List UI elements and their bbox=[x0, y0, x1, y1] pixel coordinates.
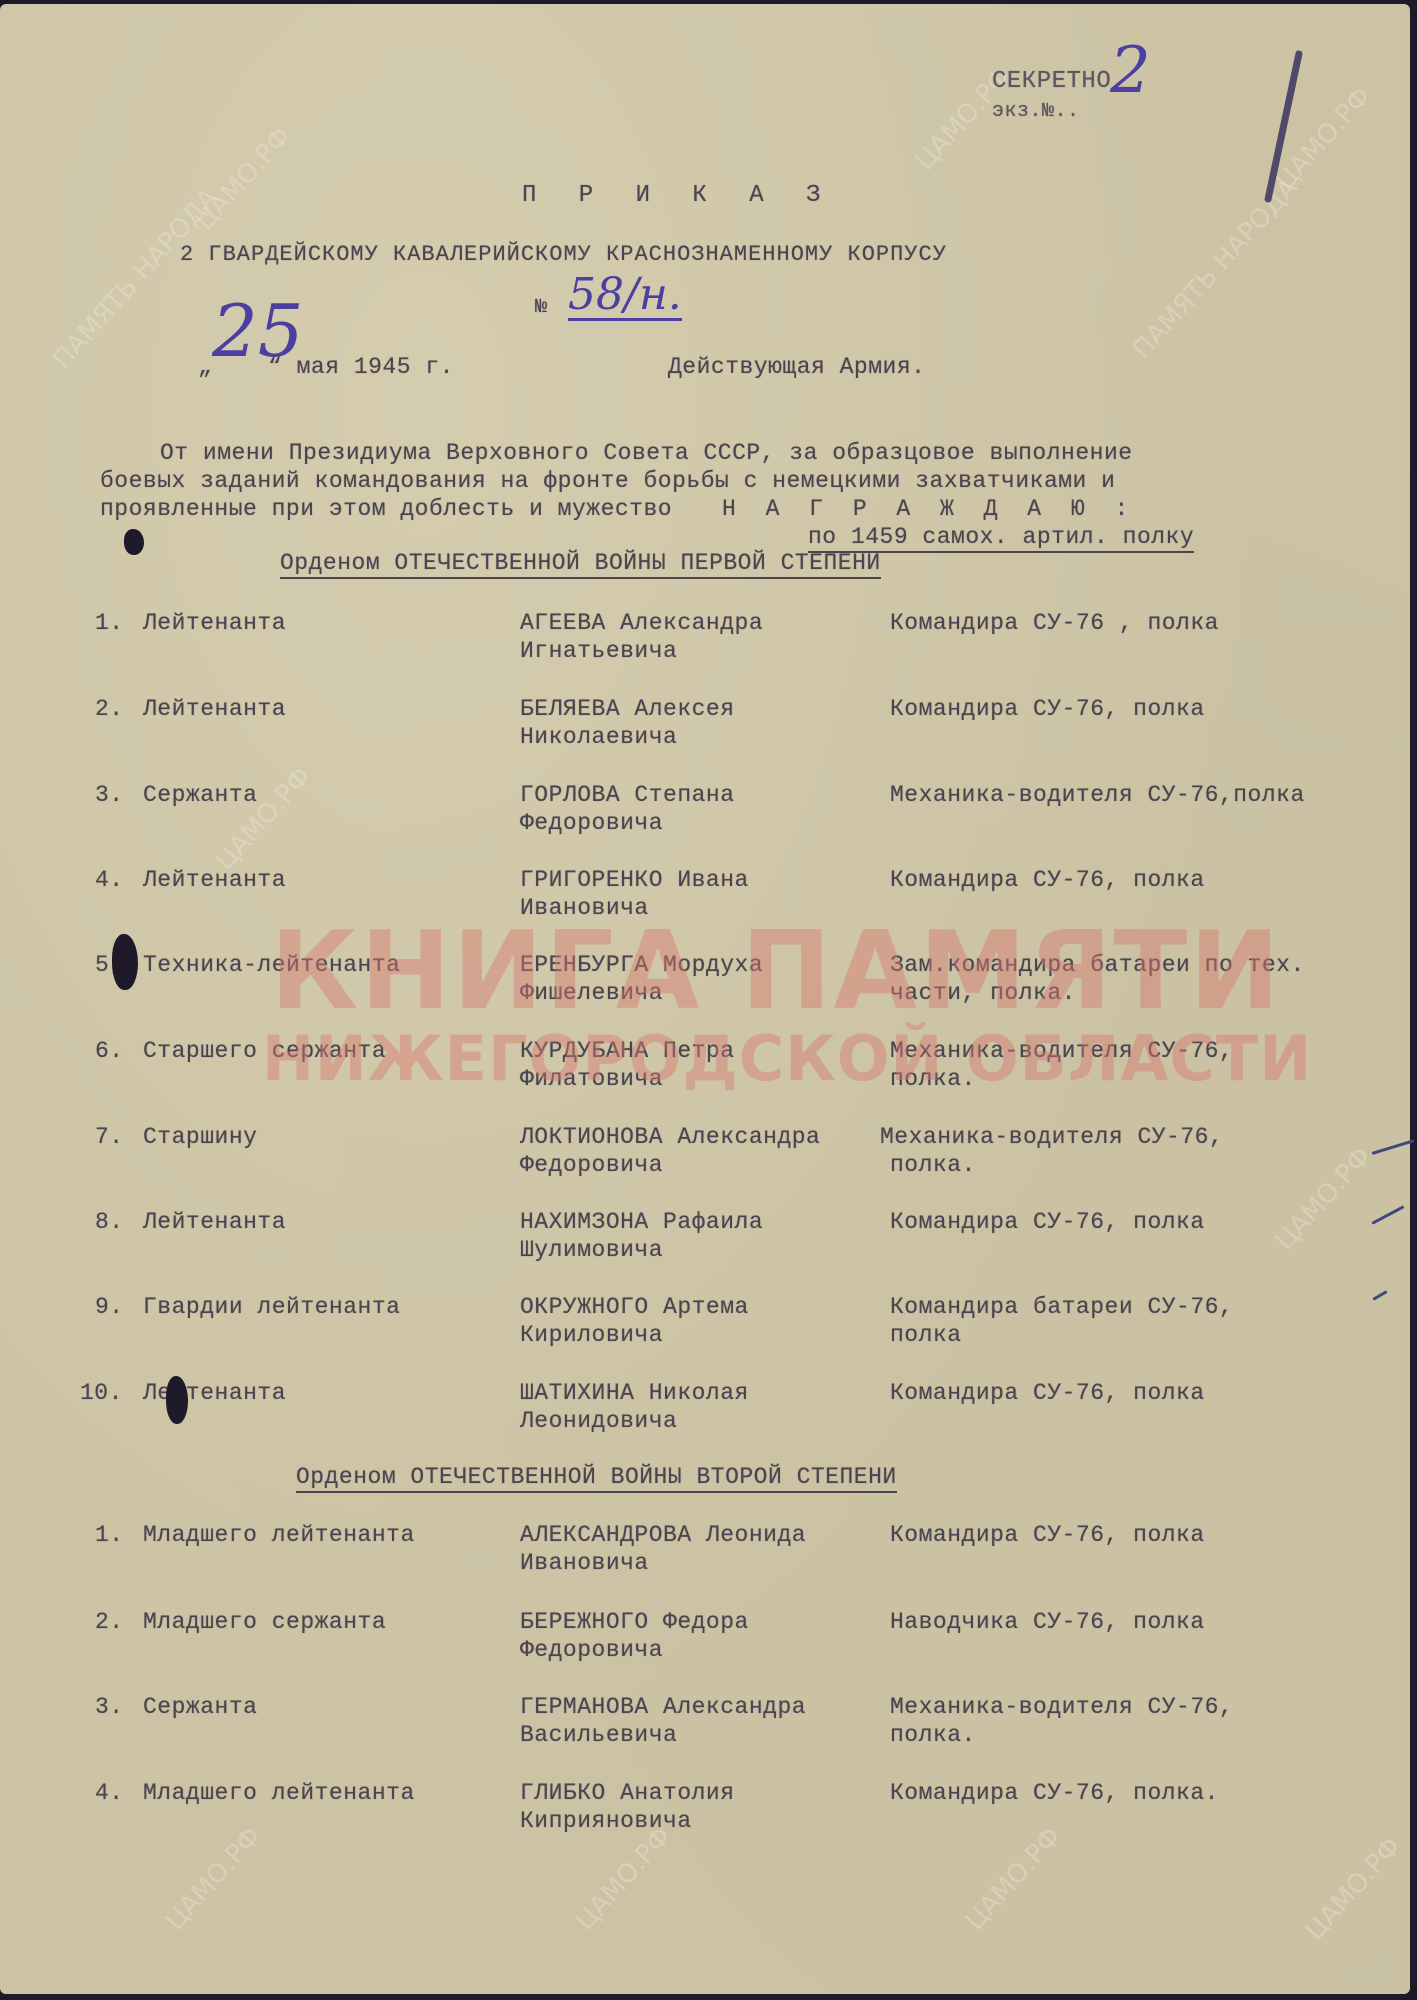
preamble-line-3: проявленные при этом доблесть и мужество bbox=[100, 496, 672, 522]
row-number: 3. bbox=[95, 1694, 124, 1720]
row-name-patronymic: Ивановича bbox=[520, 895, 649, 921]
margin-check-mark bbox=[1372, 1290, 1387, 1301]
watermark-pamyat: ПАМЯТЬ НАРОДА bbox=[1127, 173, 1304, 365]
row-position: Наводчика СУ-76, полка bbox=[890, 1609, 1205, 1635]
row-name-patronymic: Кириловича bbox=[520, 1322, 663, 1348]
row-rank: Младшего лейтенанта bbox=[143, 1522, 415, 1548]
row-rank: Лейтенанта bbox=[143, 1209, 286, 1235]
row-position: Механика-водителя СУ-76,полка bbox=[890, 782, 1305, 808]
row-rank: Лейтенанта bbox=[143, 867, 286, 893]
row-rank: Гвардии лейтенанта bbox=[143, 1294, 400, 1320]
row-position: Командира СУ-76 , полка bbox=[890, 610, 1219, 636]
order-number-handwritten: 58/н. bbox=[568, 272, 682, 321]
preamble-line-1: От имени Президиума Верховного Совета СС… bbox=[160, 440, 1133, 466]
row-rank: Младшего лейтенанта bbox=[143, 1780, 415, 1806]
row-name-patronymic: Шулимовича bbox=[520, 1237, 663, 1263]
row-position: Командира батареи СУ-76, bbox=[890, 1294, 1233, 1320]
row-name-surname: НАХИМЗОНА Рафаила bbox=[520, 1209, 763, 1235]
secret-stamp: СЕКРЕТНО bbox=[992, 68, 1111, 95]
row-name-patronymic: Леонидовича bbox=[520, 1408, 677, 1434]
row-rank: Младшего сержанта bbox=[143, 1609, 386, 1635]
row-number: 10. bbox=[80, 1380, 123, 1406]
row-name-surname: БЕЛЯЕВА Алексея bbox=[520, 696, 735, 722]
margin-check-mark bbox=[1372, 1139, 1415, 1155]
row-rank: Техника-лейтенанта bbox=[143, 952, 400, 978]
document-title: П Р И К А З bbox=[522, 182, 834, 209]
binding-hole bbox=[166, 1376, 188, 1424]
row-rank: Старшего сержанта bbox=[143, 1038, 386, 1064]
section-title-first-degree: Орденом ОТЕЧЕСТВЕННОЙ ВОЙНЫ ПЕРВОЙ СТЕПЕ… bbox=[280, 550, 881, 579]
location-active-army: Действующая Армия. bbox=[668, 354, 925, 380]
row-name-surname: КУРДУБАНА Петра bbox=[520, 1038, 735, 1064]
row-number: 2. bbox=[95, 696, 124, 722]
row-name-patronymic: Федоровича bbox=[520, 810, 663, 836]
row-rank: Лейтенанта bbox=[143, 696, 286, 722]
date-open-quote: „ bbox=[198, 354, 212, 380]
copy-number-label: экз.№.. bbox=[992, 100, 1080, 123]
row-name-patronymic: Фишелевича bbox=[520, 980, 663, 1006]
row-position: Командира СУ-76, полка bbox=[890, 696, 1205, 722]
row-number: 2. bbox=[95, 1609, 124, 1635]
binding-hole bbox=[124, 529, 144, 555]
row-name-surname: АГЕЕВА Александра bbox=[520, 610, 763, 636]
row-name-surname: ЛОКТИОНОВА Александра bbox=[520, 1124, 820, 1150]
award-verb: Н А Г Р А Ж Д А Ю : bbox=[722, 496, 1136, 522]
row-position-cont: части, полка. bbox=[890, 980, 1076, 1006]
row-name-patronymic: Ивановича bbox=[520, 1550, 649, 1576]
preamble-line-2: боевых заданий командования на фронте бо… bbox=[100, 468, 1115, 494]
row-position: Командира СУ-76, полка. bbox=[890, 1780, 1219, 1806]
row-position-cont: полка bbox=[890, 1322, 962, 1348]
watermark-pamyat: ПАМЯТЬ НАРОДА bbox=[47, 183, 224, 375]
row-name-surname: ЕРЕНБУРГА Мордуха bbox=[520, 952, 763, 978]
row-name-patronymic: Филатовича bbox=[520, 1066, 663, 1092]
row-number: 4. bbox=[95, 1780, 124, 1806]
row-name-surname: ОКРУЖНОГО Артема bbox=[520, 1294, 749, 1320]
row-name-surname: ГОРЛОВА Степана bbox=[520, 782, 735, 808]
row-name-surname: АЛЕКСАНДРОВА Леонида bbox=[520, 1522, 806, 1548]
row-position: Командира СУ-76, полка bbox=[890, 1380, 1205, 1406]
row-name-surname: БЕРЕЖНОГО Федора bbox=[520, 1609, 749, 1635]
watermark-tsamo: ЦАМО.РФ bbox=[160, 1822, 267, 1937]
row-name-patronymic: Федоровича bbox=[520, 1152, 663, 1178]
order-number-prefix: № bbox=[535, 296, 548, 319]
unit-line: по 1459 самох. артил. полку bbox=[808, 524, 1194, 553]
row-position-cont: полка. bbox=[890, 1152, 976, 1178]
watermark-tsamo: ЦАМО.РФ bbox=[1270, 1142, 1377, 1257]
row-name-surname: ШАТИХИНА Николая bbox=[520, 1380, 749, 1406]
sheet-number-pencil-mark bbox=[1264, 50, 1303, 203]
row-name-surname: ГЛИБКО Анатолия bbox=[520, 1780, 735, 1806]
row-name-patronymic: Киприяновича bbox=[520, 1808, 692, 1834]
row-name-surname: ГЕРМАНОВА Александра bbox=[520, 1694, 806, 1720]
date-month-year: “ мая 1945 г. bbox=[268, 354, 454, 380]
row-number: 6. bbox=[95, 1038, 124, 1064]
row-rank: Лейтенанта bbox=[143, 1380, 286, 1406]
watermark-tsamo: ЦАМО.РФ bbox=[960, 1822, 1067, 1937]
row-position: Командира СУ-76, полка bbox=[890, 1522, 1205, 1548]
row-number: 1. bbox=[95, 1522, 124, 1548]
row-position: Механика-водителя СУ-76, bbox=[880, 1124, 1223, 1150]
row-position: Механика-водителя СУ-76, bbox=[890, 1694, 1233, 1720]
row-number: 9. bbox=[95, 1294, 124, 1320]
row-number: 7. bbox=[95, 1124, 124, 1150]
row-position-cont: полка. bbox=[890, 1066, 976, 1092]
row-name-patronymic: Федоровича bbox=[520, 1637, 663, 1663]
row-name-patronymic: Васильевича bbox=[520, 1722, 677, 1748]
document-page: ЦАМО.РФ ЦАМО.РФ ЦАМО.РФ ПАМЯТЬ НАРОДА ПА… bbox=[0, 4, 1410, 1994]
row-name-patronymic: Николаевича bbox=[520, 724, 677, 750]
margin-check-mark bbox=[1371, 1205, 1404, 1225]
row-name-surname: ГРИГОРЕНКО Ивана bbox=[520, 867, 749, 893]
watermark-tsamo: ЦАМО.РФ bbox=[1300, 1832, 1407, 1947]
row-name-patronymic: Игнатьевича bbox=[520, 638, 677, 664]
row-number: 8. bbox=[95, 1209, 124, 1235]
row-rank: Старшину bbox=[143, 1124, 257, 1150]
row-position-cont: полка. bbox=[890, 1722, 976, 1748]
copy-number-handwritten: 2 bbox=[1110, 34, 1151, 108]
binding-hole bbox=[112, 934, 138, 990]
row-number: 3. bbox=[95, 782, 124, 808]
row-rank: Лейтенанта bbox=[143, 610, 286, 636]
row-number: 1. bbox=[95, 610, 124, 636]
watermark-tsamo: ЦАМО.РФ bbox=[570, 1822, 677, 1937]
addressee-line: 2 ГВАРДЕЙСКОМУ КАВАЛЕРИЙСКОМУ КРАСНОЗНАМ… bbox=[180, 242, 947, 267]
row-number: 4. bbox=[95, 867, 124, 893]
row-rank: Сержанта bbox=[143, 782, 257, 808]
row-position: Зам.командира батареи по тех. bbox=[890, 952, 1305, 978]
row-position: Командира СУ-76, полка bbox=[890, 1209, 1205, 1235]
row-position: Механика-водителя СУ-76, bbox=[890, 1038, 1233, 1064]
section-title-second-degree: Орденом ОТЕЧЕСТВЕННОЙ ВОЙНЫ ВТОРОЙ СТЕПЕ… bbox=[296, 1464, 897, 1493]
row-position: Командира СУ-76, полка bbox=[890, 867, 1205, 893]
row-rank: Сержанта bbox=[143, 1694, 257, 1720]
watermark-tsamo: ЦАМО.РФ bbox=[190, 122, 297, 237]
watermark-tsamo: ЦАМО.РФ bbox=[210, 762, 317, 877]
